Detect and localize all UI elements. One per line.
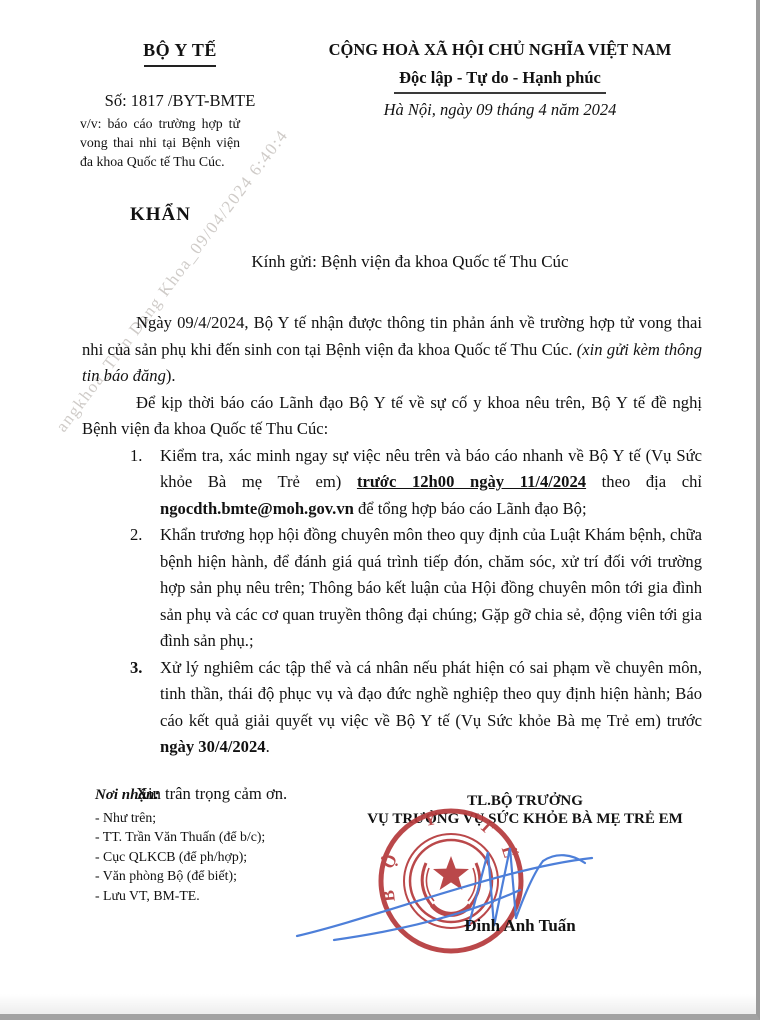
paragraph: Ngày 09/4/2024, Bộ Y tế nhận được thông … [82, 310, 702, 390]
list-item-number: 2. [130, 522, 160, 655]
paragraph: Để kịp thời báo cáo Lãnh đạo Bộ Y tế về … [82, 390, 702, 443]
list-item-text: Xử lý nghiêm các tập thể và cá nhân nếu … [160, 655, 702, 761]
document-subject: v/v: báo cáo trường hợp tử vong thai nhi… [80, 114, 240, 171]
document-number: Số: 1817 /BYT-BMTE [60, 91, 300, 111]
list-item-text: Kiểm tra, xác minh ngay sự việc nêu trên… [160, 443, 702, 523]
national-header-block: CỘNG HOÀ XÃ HỘI CHỦ NGHĨA VIỆT NAM Độc l… [300, 40, 700, 120]
recipient-line: - Văn phòng Bộ (để biết); [95, 866, 265, 886]
recipients-block: Nơi nhận: - Như trên; - TT. Trần Văn Thu… [95, 786, 265, 905]
recipient-line: - Cục QLKCB (để ph/hợp); [95, 847, 265, 867]
national-motto: Độc lập - Tự do - Hạnh phúc [300, 68, 700, 88]
list-item-text: Khẩn trương họp hội đồng chuyên môn theo… [160, 522, 702, 655]
issuing-org-block: BỘ Y TẾ Số: 1817 /BYT-BMTE v/v: báo cáo … [60, 40, 300, 171]
place-and-date: Hà Nội, ngày 09 tháng 4 năm 2024 [300, 100, 700, 120]
list-item: 1. Kiểm tra, xác minh ngay sự việc nêu t… [130, 443, 702, 523]
list-item: 2. Khẩn trương họp hội đồng chuyên môn t… [130, 522, 702, 655]
letter-body: Ngày 09/4/2024, Bộ Y tế nhận được thông … [82, 310, 702, 824]
list-item-number: 1. [130, 443, 160, 523]
recipient-line: - Lưu VT, BM-TE. [95, 886, 265, 906]
urgency-label: KHẨN [130, 204, 191, 226]
ministry-name: BỘ Y TẾ [60, 40, 300, 61]
salutation-line: Kính gửi: Bệnh viện đa khoa Quốc tế Thu … [60, 252, 760, 272]
motto-underline [394, 92, 606, 94]
signer-name: Đinh Anh Tuấn [430, 916, 610, 936]
page-bottom-shadow [0, 994, 756, 1014]
recipient-line: - TT. Trần Văn Thuấn (để b/c); [95, 827, 265, 847]
official-letter-page: angkhoa_Tran Dang Khoa_09/04/2024 6:40:4… [0, 0, 760, 1020]
ministry-underline [144, 65, 216, 67]
numbered-list: 1. Kiểm tra, xác minh ngay sự việc nêu t… [82, 443, 702, 761]
national-title: CỘNG HOÀ XÃ HỘI CHỦ NGHĨA VIỆT NAM [300, 40, 700, 60]
list-item-number: 3. [130, 655, 160, 761]
recipient-line: - Như trên; [95, 808, 265, 828]
recipients-title: Nơi nhận: [95, 786, 265, 806]
list-item: 3. Xử lý nghiêm các tập thể và cá nhân n… [130, 655, 702, 761]
